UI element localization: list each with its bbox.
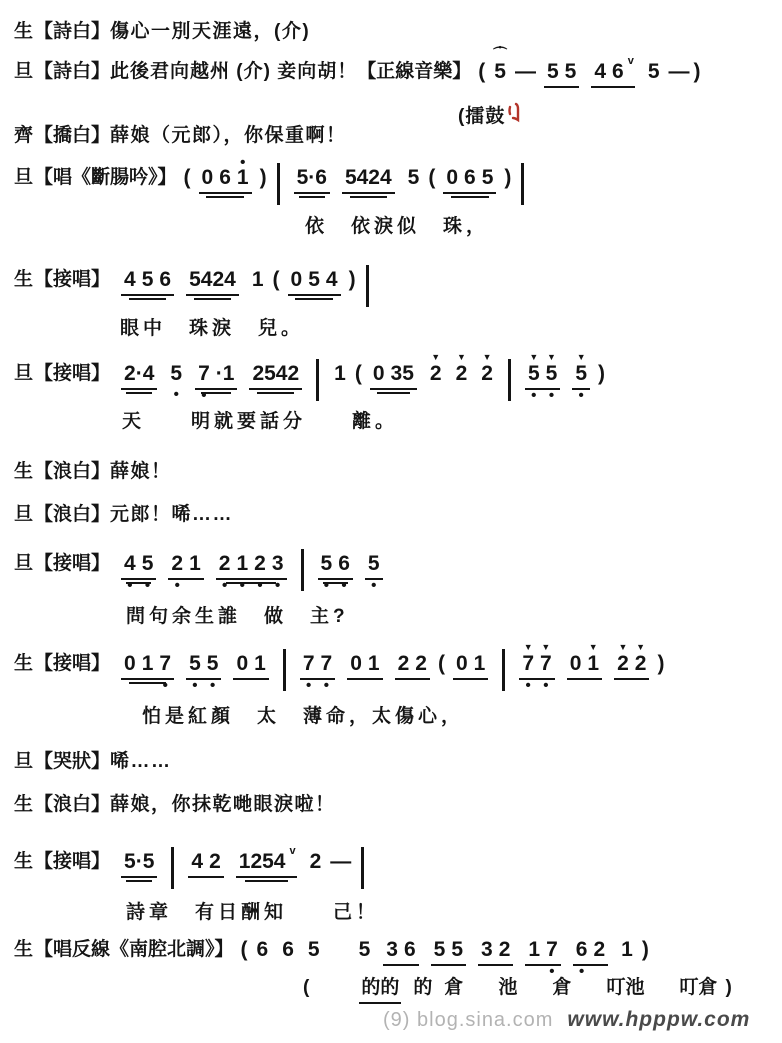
note-value: 1 bbox=[189, 552, 201, 575]
accent-mark: ▼ bbox=[584, 643, 602, 651]
notation-row: 2·45•7•·125421(0352▼2▼2▼5▼•5▼•5▼•) bbox=[115, 362, 607, 401]
note-value: 0 bbox=[373, 362, 385, 385]
jianpu-note: 6 bbox=[254, 938, 272, 961]
note-value: 0 bbox=[456, 652, 468, 675]
role-label: 旦 bbox=[14, 362, 34, 386]
octave-dot-low: • bbox=[318, 583, 336, 589]
note-group: 32 bbox=[477, 938, 514, 962]
note-value: 2 bbox=[617, 652, 629, 675]
note-value: 7 bbox=[321, 652, 333, 675]
jianpu-note: 5• bbox=[139, 552, 157, 576]
jianpu-note: 5 bbox=[645, 60, 663, 83]
jianpu-note: 2·4 bbox=[121, 362, 157, 386]
jianpu-note: 5 bbox=[431, 938, 449, 962]
note-token: 2▼ bbox=[453, 362, 471, 388]
notation-symbol bbox=[471, 976, 490, 1000]
note-value: 0 bbox=[350, 652, 362, 675]
notation-symbol bbox=[579, 976, 598, 1000]
jianpu-note: ·1 bbox=[213, 362, 238, 386]
note-group: 55 bbox=[543, 60, 580, 84]
score-line-music: 生【接唱】5·5421254v2— bbox=[14, 850, 372, 889]
jianpu-note: 3• bbox=[269, 552, 287, 576]
octave-dot-low: • bbox=[572, 393, 590, 399]
note-value: 5 bbox=[434, 938, 446, 961]
drum-cue-text: (擂鼓 bbox=[458, 101, 505, 128]
spoken-text: 傷心一別天涯遠，(介) bbox=[110, 20, 310, 44]
octave-dot-high: • bbox=[234, 159, 252, 166]
jianpu-note: 4 bbox=[121, 268, 139, 292]
octave-dot-low: • bbox=[543, 393, 561, 399]
note-group: 1254v bbox=[235, 850, 298, 874]
note-group: 01▼ bbox=[566, 652, 603, 676]
jianpu-note: 2▼ bbox=[427, 362, 445, 385]
jianpu-note: 6 bbox=[609, 60, 627, 84]
octave-dot-low: • bbox=[186, 683, 204, 689]
note-token: 倉 bbox=[550, 976, 573, 1001]
note-value: 4 bbox=[124, 268, 136, 291]
note-value: 5424 bbox=[345, 166, 392, 189]
note-value: 2542 bbox=[252, 362, 299, 385]
note-group: 4•5• bbox=[120, 552, 157, 576]
jianpu-note: 1 bbox=[139, 652, 157, 676]
note-value: 2·4 bbox=[124, 362, 154, 385]
role-label: 生 bbox=[14, 268, 34, 292]
note-token: 5 bbox=[356, 938, 374, 964]
jianpu-note: 3 bbox=[383, 938, 401, 962]
note-value: 3 bbox=[481, 938, 493, 961]
octave-dot-low: • bbox=[216, 583, 234, 589]
jianpu-note: 0 bbox=[443, 166, 461, 190]
jianpu-note: 5 bbox=[448, 938, 466, 962]
note-token: 1 bbox=[331, 362, 349, 388]
role-label: 生 bbox=[14, 652, 34, 676]
jianpu-note: 5424 bbox=[186, 268, 239, 292]
jianpu-note: 0 bbox=[199, 166, 217, 190]
breath-mark: v bbox=[628, 49, 634, 73]
score-page: 生【詩白】傷心一別天涯遠，(介)旦【詩白】此後君向越州 (介) 妾向胡！【正線音… bbox=[0, 0, 782, 1043]
notation-symbol: ) bbox=[504, 166, 511, 190]
barline bbox=[502, 649, 505, 691]
jianpu-note: 1 bbox=[471, 652, 489, 676]
notation-row: 5·5421254v2— bbox=[115, 850, 372, 889]
note-value: 5 bbox=[207, 652, 219, 675]
note-group: 2▼2▼ bbox=[613, 652, 650, 676]
note-token: 5 bbox=[305, 938, 323, 964]
role-label: 生 bbox=[14, 938, 34, 962]
score-line-drum: (擂鼓 bbox=[458, 101, 522, 128]
note-value: 1254 bbox=[239, 850, 286, 873]
note-value: 5·5 bbox=[124, 850, 154, 873]
jianpu-note: 1• bbox=[233, 552, 251, 576]
jianpu-note: 5▼• bbox=[525, 362, 543, 386]
note-value: 5 bbox=[547, 60, 559, 83]
spoken-text: 薛娘（元郎），你保重啊！ bbox=[110, 124, 347, 148]
notation-symbol: ( bbox=[428, 166, 435, 190]
note-value: 2 bbox=[171, 552, 183, 575]
note-token: 5•⌒ bbox=[491, 60, 509, 86]
note-value: 0 bbox=[446, 166, 458, 189]
jianpu-note: 6• bbox=[335, 552, 353, 576]
note-value: 2 bbox=[593, 938, 605, 961]
jianpu-note: 5 bbox=[479, 166, 497, 190]
jianpu-note: 4• bbox=[121, 552, 139, 576]
note-value: 1 bbox=[368, 652, 380, 675]
barline bbox=[508, 359, 511, 401]
note-value: 7 bbox=[198, 362, 210, 385]
notation-row: 45654241(054) bbox=[115, 268, 377, 307]
octave-dot-low: • bbox=[139, 583, 157, 589]
notation-symbol bbox=[329, 938, 350, 962]
score-line-speech: 生【浪白】薛娘！ bbox=[14, 460, 172, 484]
notation-symbol: — bbox=[669, 60, 690, 84]
score-line-speech: 齊【撟白】薛娘（元郎），你保重啊！ bbox=[14, 124, 347, 148]
note-group: 2542 bbox=[248, 362, 303, 386]
note-value: 5 bbox=[308, 268, 320, 291]
music-mode-tag: 【正線音樂】 bbox=[357, 60, 471, 84]
delivery-tag: 【哭狀】 bbox=[34, 750, 110, 774]
note-value: 5 bbox=[528, 362, 540, 385]
note-group: 7•·1 bbox=[194, 362, 238, 386]
jianpu-note: 4 bbox=[188, 850, 206, 874]
jianpu-note: 5 bbox=[562, 60, 580, 84]
note-value: 6 bbox=[612, 60, 624, 83]
notation-symbol: ( bbox=[355, 362, 362, 386]
jianpu-note: 2 bbox=[412, 652, 430, 676]
note-value: 3 bbox=[386, 938, 398, 961]
note-group: 5424 bbox=[185, 268, 240, 292]
note-group: 054 bbox=[287, 268, 342, 292]
jianpu-note: 6 bbox=[156, 268, 174, 292]
spoken-text: 薛娘！ bbox=[110, 460, 172, 484]
jianpu-note: 的 bbox=[411, 977, 434, 998]
note-value: 0 bbox=[236, 652, 248, 675]
note-value: 5 bbox=[494, 60, 506, 83]
jianpu-note: 35 bbox=[388, 362, 417, 386]
note-value: 5 bbox=[308, 938, 320, 961]
jianpu-note: 1• bbox=[234, 166, 252, 190]
note-group: 456 bbox=[120, 268, 175, 292]
delivery-tag: 【接唱】 bbox=[34, 268, 110, 292]
jianpu-note: 2• bbox=[168, 552, 186, 576]
note-value: 1 bbox=[334, 362, 346, 385]
note-group: 7•7• bbox=[299, 652, 336, 676]
role-label: 旦 bbox=[14, 750, 34, 774]
note-group: 的的 bbox=[358, 976, 402, 1000]
note-value: 2 bbox=[254, 552, 266, 575]
jianpu-note: 2 bbox=[307, 850, 325, 873]
jianpu-note: 5• bbox=[167, 362, 185, 385]
barline bbox=[316, 359, 319, 401]
notation-symbol: ) bbox=[657, 652, 664, 676]
notation-symbol: ( bbox=[241, 938, 248, 962]
note-token: 6 bbox=[279, 938, 297, 964]
note-value: 5 bbox=[368, 552, 380, 575]
jianpu-note: 5 bbox=[544, 60, 562, 84]
accent-mark: ▼ bbox=[525, 353, 543, 361]
lyric-line: 怕是紅顏 太 薄命，太傷心， bbox=[142, 701, 464, 728]
barline bbox=[277, 163, 280, 205]
jianpu-note: 1 bbox=[249, 268, 267, 291]
note-value: 5 bbox=[482, 166, 494, 189]
note-value: 5 bbox=[142, 268, 154, 291]
lyric-line: 眼中 珠淚 兒。 bbox=[120, 313, 304, 340]
jianpu-note: 7• bbox=[318, 652, 336, 676]
note-value: 5 bbox=[170, 362, 182, 385]
score-line-music: 旦【詩白】此後君向越州 (介) 妾向胡！【正線音樂】(5•⌒—5546v5—) bbox=[14, 60, 703, 86]
delivery-tag: 【唱《斷腸吟》】 bbox=[34, 166, 177, 190]
notation-symbol: ) bbox=[642, 938, 649, 962]
note-value: 2 bbox=[219, 552, 231, 575]
note-value: 0 bbox=[570, 652, 582, 675]
jianpu-note: 6• bbox=[573, 938, 591, 962]
note-value: 6 bbox=[576, 938, 588, 961]
note-value: 2 bbox=[209, 850, 221, 873]
note-token: 的 bbox=[411, 976, 434, 1001]
note-value: 1 bbox=[142, 652, 154, 675]
notation-symbol: ( bbox=[273, 268, 280, 292]
note-value: 0 bbox=[202, 166, 214, 189]
jianpu-note: 5·6 bbox=[294, 166, 330, 190]
jianpu-note: 1 bbox=[618, 938, 636, 961]
jianpu-note: 倉 bbox=[550, 977, 573, 998]
jianpu-note: 2542 bbox=[249, 362, 302, 386]
score-line-music: 生【接唱】017•5•5•017•7•0122(017▼•7▼•01▼2▼2▼) bbox=[14, 652, 666, 691]
note-value: 的的 bbox=[361, 977, 399, 998]
note-value: 5 bbox=[321, 552, 333, 575]
note-token: 2▼ bbox=[427, 362, 445, 388]
jianpu-note: 7• bbox=[543, 938, 561, 962]
role-label: 生 bbox=[14, 460, 34, 484]
note-group: 5•6• bbox=[317, 552, 354, 576]
note-group: 2•1•2•3• bbox=[215, 552, 288, 576]
score-line-speech: 旦【浪白】元郎！唏…… bbox=[14, 503, 233, 527]
jianpu-note: 1▼ bbox=[584, 652, 602, 676]
note-group: 5• bbox=[364, 552, 384, 576]
note-token: 叮池 bbox=[604, 976, 646, 1001]
jianpu-note: 0 bbox=[453, 652, 471, 676]
octave-dot-low: • bbox=[204, 683, 222, 689]
jianpu-note: 5• bbox=[204, 652, 222, 676]
delivery-tag: 【唱反線《南腔北調》】 bbox=[34, 938, 234, 962]
octave-dot-low: • bbox=[168, 583, 186, 589]
note-value: 5 bbox=[546, 362, 558, 385]
jianpu-note: 5• bbox=[186, 652, 204, 676]
note-group: 2·4 bbox=[120, 362, 158, 386]
note-group: 065 bbox=[442, 166, 497, 190]
note-value: 7 bbox=[546, 938, 558, 961]
jianpu-note: 1 bbox=[331, 362, 349, 385]
jianpu-note: 1 bbox=[186, 552, 204, 576]
note-group: 01 bbox=[346, 652, 383, 676]
notation-symbol bbox=[652, 976, 671, 1000]
note-value: 1 bbox=[587, 652, 599, 675]
note-group: 6•2 bbox=[572, 938, 609, 962]
lyric-line: 問句余生誰 做 主? bbox=[126, 601, 349, 628]
notation-row: ( 的的的倉 池 倉 叮池 叮倉) bbox=[301, 976, 734, 1001]
jianpu-note: 7• bbox=[195, 362, 213, 386]
note-value: 5 bbox=[408, 166, 420, 189]
note-value: 2 bbox=[635, 652, 647, 675]
note-token: 1 bbox=[618, 938, 636, 964]
note-value: 4 bbox=[191, 850, 203, 873]
notation-symbol: — bbox=[515, 60, 536, 84]
delivery-tag: 【接唱】 bbox=[34, 362, 110, 386]
jianpu-note: 7• bbox=[156, 652, 174, 676]
accent-mark: ▼ bbox=[632, 643, 650, 651]
note-value: 倉 bbox=[444, 977, 463, 998]
octave-dot-low: • bbox=[525, 393, 543, 399]
jianpu-note: 2▼ bbox=[632, 652, 650, 676]
note-value: 2 bbox=[456, 362, 468, 385]
accent-mark: ▼ bbox=[478, 353, 496, 361]
note-value: 0 bbox=[291, 268, 303, 291]
octave-dot-low: • bbox=[269, 583, 287, 589]
note-value: 0 bbox=[124, 652, 136, 675]
delivery-tag: 【詩白】 bbox=[34, 20, 110, 44]
note-value: 叮倉 bbox=[680, 977, 718, 998]
notation-symbol: ) bbox=[598, 362, 605, 386]
note-value: 5 bbox=[142, 552, 154, 575]
jianpu-note: 5 bbox=[139, 268, 157, 292]
footer-watermark: www.hpppw.com bbox=[567, 1008, 750, 1032]
role-label: 生 bbox=[14, 20, 34, 44]
lyric-line: 依 依淚似 珠， bbox=[305, 211, 489, 238]
breath-mark: v bbox=[289, 839, 295, 863]
jianpu-note: 池 bbox=[496, 977, 519, 998]
note-group: 42 bbox=[187, 850, 224, 874]
note-value: 35 bbox=[391, 362, 414, 385]
lyric-line: 天 明就要話分 離。 bbox=[122, 406, 398, 433]
jianpu-note: 5• bbox=[318, 552, 336, 576]
score-line-music: 旦【接唱】2·45•7•·125421(0352▼2▼2▼5▼•5▼•5▼•) bbox=[14, 362, 607, 401]
delivery-tag: 【浪白】 bbox=[34, 503, 110, 527]
jianpu-note: 2 bbox=[590, 938, 608, 962]
jianpu-note: 0 bbox=[121, 652, 139, 676]
note-value: 1 bbox=[474, 652, 486, 675]
note-group: 46v bbox=[590, 60, 636, 84]
notation-symbol: ( bbox=[303, 976, 309, 1000]
jianpu-note: 7• bbox=[300, 652, 318, 676]
note-value: 叮池 bbox=[606, 977, 644, 998]
octave-dot-low: • bbox=[195, 393, 213, 399]
note-value: 2 bbox=[415, 652, 427, 675]
jianpu-note: 0 bbox=[233, 652, 251, 676]
notation-row: 017•5•5•017•7•0122(017▼•7▼•01▼2▼2▼) bbox=[115, 652, 666, 691]
role-label: 旦 bbox=[14, 60, 34, 84]
jianpu-note: 5 bbox=[305, 938, 323, 961]
delivery-tag: 【撟白】 bbox=[34, 124, 110, 148]
footer: (9) blog.sina.com www.hpppw.com bbox=[383, 1008, 750, 1032]
jianpu-note: 6 bbox=[279, 938, 297, 961]
note-value: 1 bbox=[528, 938, 540, 961]
note-value: ·1 bbox=[216, 362, 235, 385]
role-label: 生 bbox=[14, 850, 34, 874]
jianpu-note: 5▼• bbox=[543, 362, 561, 386]
octave-dot-low: • bbox=[318, 683, 336, 689]
barline bbox=[521, 163, 524, 205]
notation-symbol bbox=[525, 976, 544, 1000]
jianpu-note: 5• bbox=[365, 552, 383, 576]
note-group: 2•1 bbox=[167, 552, 204, 576]
note-value: 2 bbox=[398, 652, 410, 675]
jianpu-note: 2 bbox=[206, 850, 224, 874]
note-group: 035 bbox=[369, 362, 418, 386]
note-value: 倉 bbox=[552, 977, 571, 998]
accent-mark: ▼ bbox=[614, 643, 632, 651]
note-value: 7 bbox=[522, 652, 534, 675]
note-value: 5 bbox=[648, 60, 660, 83]
barline bbox=[171, 847, 174, 889]
jianpu-note: 5·5 bbox=[121, 850, 157, 874]
jianpu-note: 0 bbox=[288, 268, 306, 292]
jianpu-note: 2▼ bbox=[614, 652, 632, 676]
jianpu-note: 5424 bbox=[342, 166, 395, 190]
jianpu-note: 5 bbox=[405, 166, 423, 189]
jianpu-note: 6 bbox=[461, 166, 479, 190]
note-group: 5▼• bbox=[571, 362, 591, 386]
accent-mark: ▼ bbox=[537, 643, 555, 651]
handwritten-red-mark bbox=[506, 101, 522, 125]
jianpu-note: 3 bbox=[478, 938, 496, 962]
jianpu-note: 5•⌒ bbox=[491, 60, 509, 83]
jianpu-note: 2▼ bbox=[478, 362, 496, 385]
delivery-tag: 【詩白】 bbox=[34, 60, 110, 84]
note-group: 017• bbox=[120, 652, 175, 676]
note-token: 倉 bbox=[442, 976, 465, 1001]
delivery-tag: 【接唱】 bbox=[34, 850, 110, 874]
jianpu-note: 5 bbox=[356, 938, 374, 961]
fermata-arc: ⌒ bbox=[493, 50, 507, 59]
note-token: 5 bbox=[645, 60, 663, 86]
score-line-music: 旦【接唱】4•5•2•12•1•2•3•5•6•5• bbox=[14, 552, 389, 591]
score-line-speech: 生【詩白】傷心一別天涯遠，(介) bbox=[14, 20, 310, 44]
note-group: 5•5• bbox=[185, 652, 222, 676]
jianpu-note: 倉 bbox=[442, 977, 465, 998]
role-label: 生 bbox=[14, 793, 34, 817]
jianpu-note: 2 bbox=[496, 938, 514, 962]
note-value: 5·6 bbox=[297, 166, 327, 189]
octave-dot-low: • bbox=[335, 583, 353, 589]
accent-mark: ▼ bbox=[427, 353, 445, 361]
spoken-text: 唏…… bbox=[110, 750, 172, 774]
note-group: 22 bbox=[394, 652, 431, 676]
octave-dot-low: • bbox=[573, 969, 591, 975]
delivery-tag: 【浪白】 bbox=[34, 793, 110, 817]
note-value: 4 bbox=[326, 268, 338, 291]
note-value: 7 bbox=[540, 652, 552, 675]
note-value: 2 bbox=[481, 362, 493, 385]
jianpu-note: 2 bbox=[395, 652, 413, 676]
jianpu-note: 叮倉 bbox=[678, 977, 720, 998]
score-line-speech: 旦【哭狀】唏…… bbox=[14, 750, 172, 774]
jianpu-note: 叮池 bbox=[604, 977, 646, 998]
note-group: 5424 bbox=[341, 166, 396, 190]
role-label: 旦 bbox=[14, 166, 34, 190]
notation-row: 4•5•2•12•1•2•3•5•6•5• bbox=[115, 552, 389, 591]
accent-mark: ▼ bbox=[519, 643, 537, 651]
note-value: 6 bbox=[464, 166, 476, 189]
note-value: 1 bbox=[236, 552, 248, 575]
score-line-music: 生【唱反線《南腔北調》】(665 536553217•6•21) bbox=[14, 938, 651, 964]
note-group: 36 bbox=[382, 938, 419, 962]
notation-symbol: ) bbox=[726, 976, 732, 1000]
score-line-music: 旦【唱《斷腸吟》】(061•)5·654245(065) bbox=[14, 166, 532, 205]
note-token: 5• bbox=[167, 362, 185, 388]
note-value: 5424 bbox=[189, 268, 236, 291]
jianpu-note: 0 bbox=[347, 652, 365, 676]
spoken-text: 此後君向越州 (介) 妾向胡！ bbox=[110, 60, 357, 84]
barline bbox=[361, 847, 364, 889]
